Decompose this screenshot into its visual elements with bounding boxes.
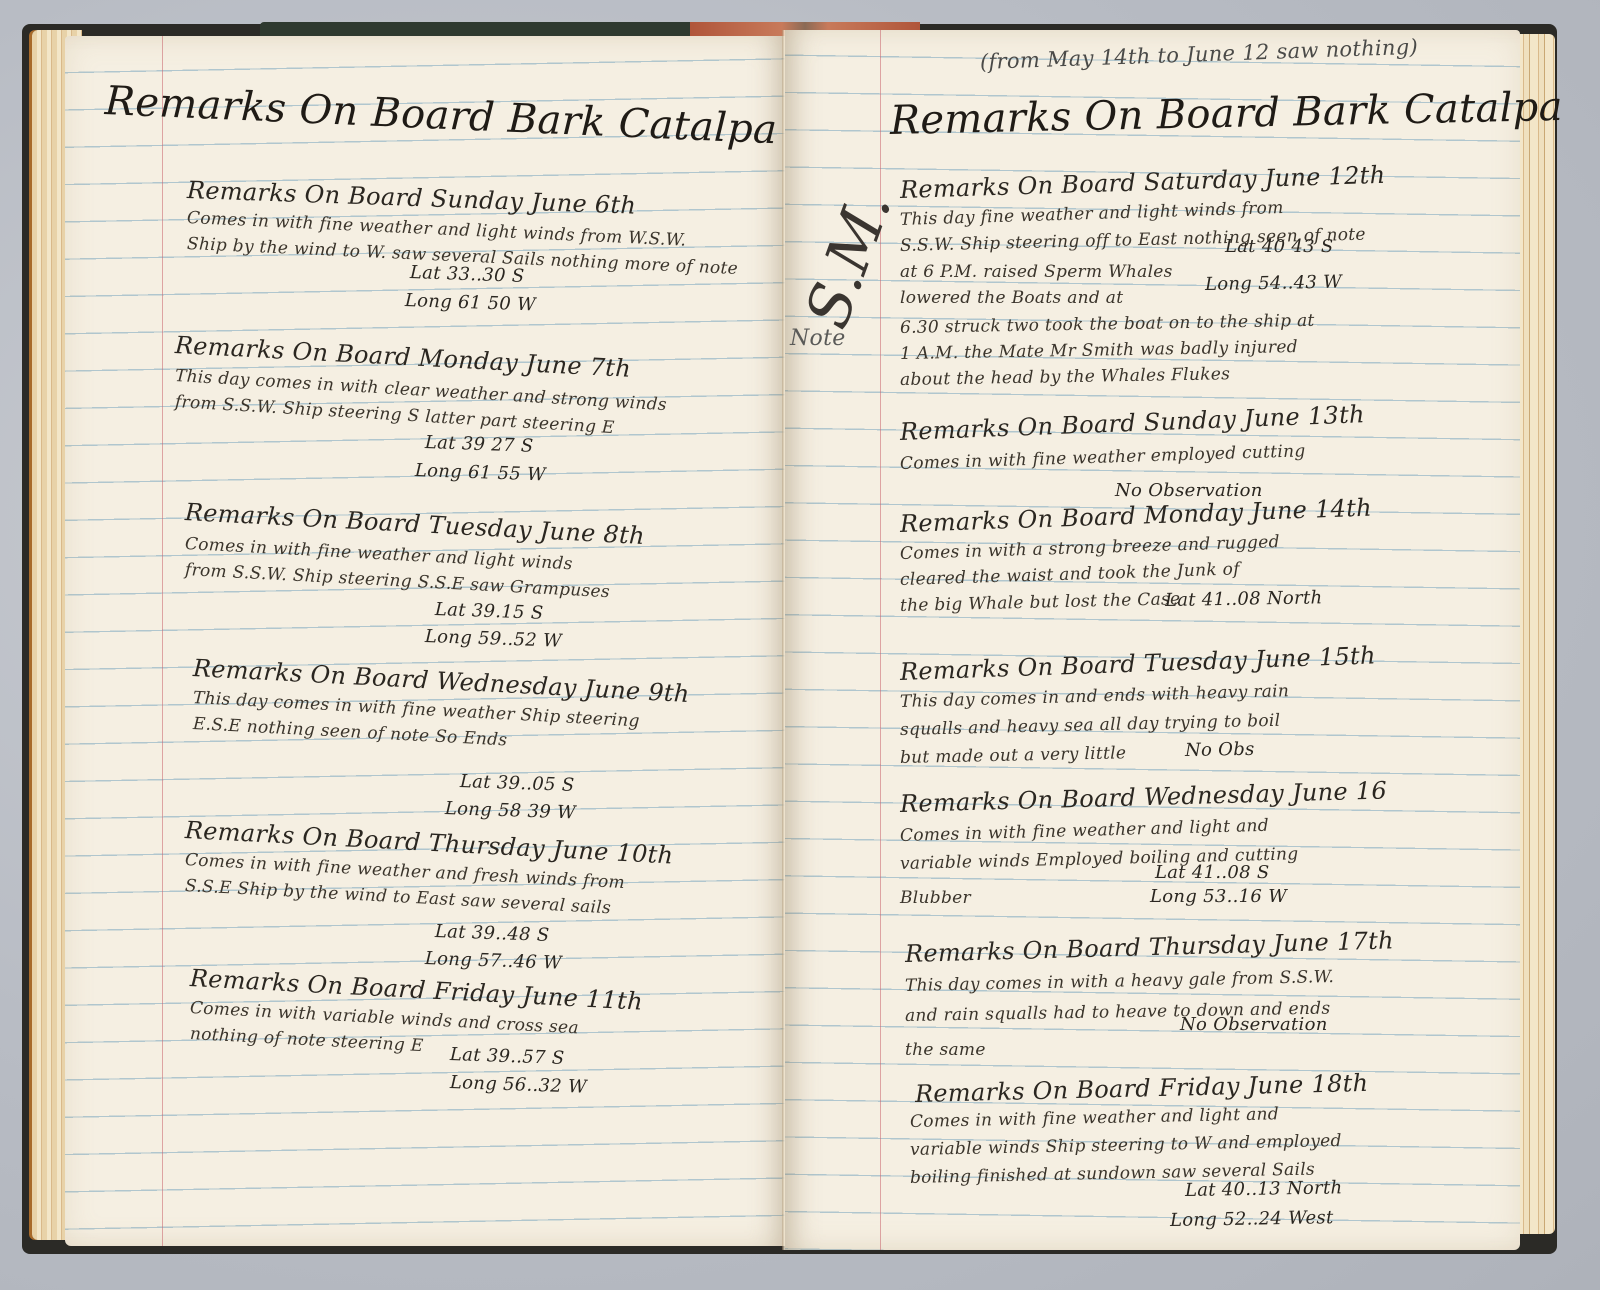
longitude: Long 54..43 W [1205,272,1342,295]
entry-line: This day comes in and ends with heavy ra… [900,681,1290,712]
longitude: Long 56..32 W [450,1072,588,1098]
top-annotation: (from May 14th to June 12 saw nothing) [980,35,1419,74]
longitude: Long 53..16 W [1150,886,1287,907]
entry-heading: Remarks On Board Thursday June 17th [905,926,1395,968]
latitude: Lat 40 43 S [1225,236,1334,257]
entry-line: about the head by the Whales Flukes [900,364,1231,390]
latitude: Lat 39.15 S [435,599,544,624]
margin-initials: S.M. [792,182,906,337]
latitude: Lat 39 27 S [425,432,534,457]
entry-heading: Remarks On Board Friday June 18th [915,1069,1369,1108]
entry-line: squalls and heavy sea all day trying to … [900,711,1281,740]
page-title: Remarks On Board Bark Catalpa [890,84,1564,144]
entry-heading: Remarks On Board Sunday June 13th [899,400,1365,446]
entry-heading: Remarks On Board Tuesday June 15th [900,641,1377,686]
longitude: Long 52..24 West [1170,1207,1334,1231]
page-stack-right [1515,34,1555,1234]
longitude: Long 58 39 W [445,798,577,824]
entry-line: This day comes in with a heavy gale from… [905,967,1335,996]
margin-rule [162,36,163,1246]
entry-line: Blubber [900,888,971,908]
latitude: Lat 39..57 S [450,1044,565,1069]
entry-line: nothing of note steering E [189,1024,423,1056]
latitude: Lat 39..05 S [460,771,575,796]
entry-line: at 6 P.M. raised Sperm Whales [900,262,1173,282]
observation-note: No Observation [1180,1014,1328,1035]
latitude: Lat 33..30 S [410,262,525,287]
observation-note: No Obs [1185,739,1255,761]
longitude: Long 61 50 W [405,290,537,316]
latitude: Lat 40..13 North [1185,1177,1343,1201]
entry-heading: Remarks On Board Saturday June 12th [900,161,1386,204]
right-page: (from May 14th to June 12 saw nothing) R… [785,30,1520,1250]
latitude: Lat 41..08 S [1155,862,1270,883]
page-title: Remarks On Board Bark Catalpa [104,78,778,153]
longitude: Long 57..46 W [425,948,563,974]
entry-line: lowered the Boats and at [900,288,1123,308]
entry-heading: Remarks On Board Wednesday June 16 [900,776,1388,818]
left-page: Remarks On Board Bark Catalpa Remarks On… [65,36,785,1246]
longitude: Long 59..52 W [425,626,563,652]
latitude: Lat 39..48 S [435,921,550,946]
latitude: Lat 41..08 North [1165,587,1323,611]
entry-line: Comes in with fine weather and light and [900,816,1269,846]
entry-line: 1 A.M. the Mate Mr Smith was badly injur… [900,337,1298,364]
entry-line: the same [905,1040,986,1060]
longitude: Long 61 55 W [415,460,547,486]
entry-line: Comes in with fine weather and light and [910,1104,1279,1132]
entry-line: but made out a very little [900,743,1127,768]
entry-line: 6.30 struck two took the boat on to the … [900,311,1315,338]
margin-note: Note [790,326,846,351]
entry-line: This day fine weather and light winds fr… [900,198,1284,230]
entry-line: cleared the waist and took the Junk of [900,559,1240,590]
entry-line: variable winds Ship steering to W and em… [910,1131,1342,1160]
entry-line: the big Whale but lost the Case [900,589,1181,616]
entry-line: Comes in with fine weather employed cutt… [900,441,1306,474]
